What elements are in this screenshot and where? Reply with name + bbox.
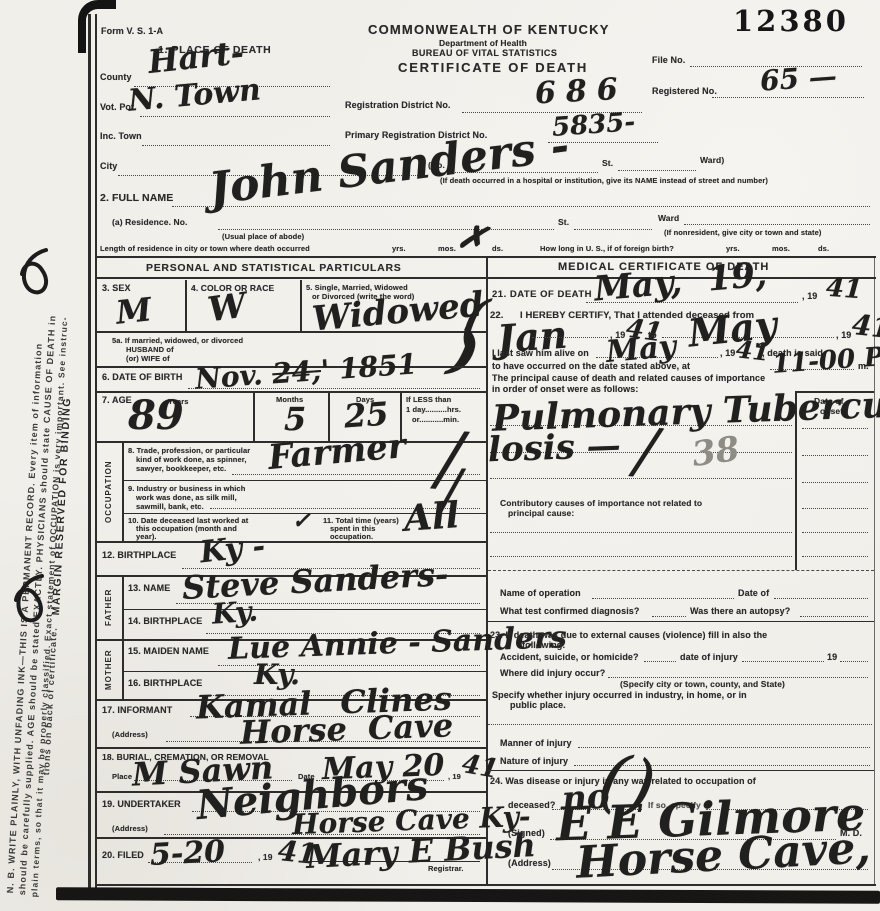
- q10-line3: year).: [136, 532, 157, 541]
- father-birthplace-label: 14. BIRTHPLACE: [128, 616, 202, 626]
- residence-ward-label: Ward: [658, 213, 679, 223]
- occurred-label: to have occurred on the date stated abov…: [492, 361, 690, 371]
- mos-label-1: mos.: [438, 244, 456, 253]
- year-printed-2: , 19: [836, 330, 851, 340]
- dotted-rule: [618, 170, 696, 171]
- dod-year-printed: , 19: [802, 291, 817, 301]
- contributory-line1: Contributory causes of importance not re…: [500, 498, 702, 508]
- residence-st-label: St.: [558, 217, 569, 227]
- dotted-rule: [592, 598, 734, 599]
- file-stamp-number: 12380: [733, 4, 849, 38]
- filed-label: 20. FILED: [102, 850, 144, 860]
- cause-of-death-line2: losis —: [487, 426, 621, 471]
- injury-date-label: date of injury: [680, 652, 738, 662]
- vertical-rule: [253, 391, 255, 441]
- registered-no-value: 65 —: [759, 59, 838, 97]
- precinct-value-handwriting: N. Town: [127, 72, 262, 118]
- dotted-rule: [140, 116, 330, 117]
- dotted-rule: [802, 455, 868, 456]
- whether-line2: public place.: [510, 700, 566, 710]
- binding-loop-mark-bottom: [10, 570, 50, 634]
- mos-label-2: mos.: [772, 244, 790, 253]
- q23-line1: 23. If death was due to external causes …: [490, 630, 767, 640]
- city-ward-label: Ward): [700, 155, 724, 165]
- undertaker-address-label: (Address): [112, 824, 148, 833]
- marital-label-1: 5. Single, Married, Widowed: [306, 283, 408, 292]
- residence-label: (a) Residence. No.: [112, 217, 188, 227]
- cause-faint-number: 38: [689, 429, 741, 475]
- ruled-line: [96, 541, 486, 543]
- file-no-label: File No.: [652, 55, 685, 65]
- q5a-line2: HUSBAND of: [126, 345, 174, 354]
- dotted-rule: [608, 677, 868, 678]
- age-years-value: 89: [128, 392, 184, 439]
- mother-birthplace-label: 16. BIRTHPLACE: [128, 678, 202, 688]
- dotted-rule: [490, 556, 792, 557]
- dotted-rule: [712, 97, 864, 98]
- age-less-line2: 1 day..........hrs.: [406, 405, 461, 414]
- q8-line3: sawyer, bookkeeper, etc.: [136, 464, 226, 473]
- vertical-rule: [122, 639, 124, 699]
- department-subtitle: Department of Health: [439, 38, 527, 48]
- inc-town-label: Inc. Town: [100, 131, 142, 141]
- test-label: What test confirmed diagnosis?: [500, 606, 640, 616]
- form-code: Form V. S. 1-A: [101, 26, 163, 36]
- death-certificate-scan: N. B. WRITE PLAINLY, WITH UNFADING INK—T…: [0, 0, 880, 911]
- informant-label: 17. INFORMANT: [102, 705, 172, 715]
- age-months-value: 5: [284, 400, 306, 438]
- registered-no-label: Registered No.: [652, 86, 717, 96]
- q8-line1: 8. Trade, profession, or particular: [128, 446, 250, 455]
- ruled-line: [122, 671, 486, 672]
- city-label: City: [100, 161, 117, 171]
- father-birthplace-value: Ky.: [211, 594, 259, 630]
- q9-line2: work was done, as silk mill,: [136, 493, 237, 502]
- last-saw-label: I last saw him alive on: [492, 348, 589, 358]
- length-residence-mark: ✗: [454, 215, 490, 260]
- ds-label-2: ds.: [818, 244, 829, 253]
- vertical-rule: [88, 14, 91, 896]
- dob-year: ' 1851: [320, 347, 418, 387]
- certificate-title: CERTIFICATE OF DEATH: [398, 60, 588, 75]
- mother-name-label: 15. MAIDEN NAME: [128, 646, 209, 656]
- dotted-rule: [142, 145, 330, 146]
- registrar-label: Registrar.: [428, 864, 464, 873]
- dotted-rule: [742, 661, 824, 662]
- ruled-line: [122, 609, 486, 610]
- dob-struck-day: 24,: [271, 354, 322, 390]
- dotted-rule: [802, 508, 868, 509]
- dob-label: 6. DATE OF BIRTH: [102, 372, 182, 382]
- whether-line1: Specify whether injury occurred in indus…: [492, 690, 747, 700]
- q10-check-mark: ✓: [292, 508, 310, 534]
- q9-line1: 9. Industry or business in which: [128, 484, 245, 493]
- vertical-rule: [95, 14, 97, 896]
- abode-note: (Usual place of abode): [222, 232, 304, 241]
- scan-bottom-bar: [56, 887, 880, 904]
- city-st-label: St.: [602, 158, 613, 168]
- q5a-line3: (or) WIFE of: [126, 354, 170, 363]
- dotted-rule: [652, 616, 686, 617]
- informant-address-value: Horse Cave: [239, 706, 453, 751]
- birthplace-label: 12. BIRTHPLACE: [102, 550, 176, 560]
- dotted-rule: [800, 616, 868, 617]
- element: [22, 250, 46, 292]
- q9-line3: sawmill, bank, etc.: [136, 502, 204, 511]
- sex-label: 3. SEX: [102, 283, 131, 293]
- personal-title: PERSONAL AND STATISTICAL PARTICULARS: [146, 262, 401, 274]
- q24-deceased-label: deceased?: [508, 800, 555, 810]
- race-value: W: [205, 286, 248, 331]
- principal-line1: The principal cause of death and related…: [492, 373, 765, 383]
- dotted-rule: [488, 724, 872, 725]
- operation-date-label: Date of: [738, 588, 769, 598]
- q5a-line1: 5a. If married, widowed, or divorced: [112, 336, 243, 345]
- q8-line2: kind of work done, as spinner,: [136, 455, 247, 464]
- dotted-rule: [802, 532, 868, 533]
- injury-year-printed: 19: [827, 652, 837, 662]
- dotted-rule: [802, 556, 868, 557]
- registration-district-value: 686: [534, 72, 628, 112]
- county-label: County: [100, 72, 132, 82]
- signed-label: (Signed): [508, 828, 545, 838]
- q11-value: All: [403, 494, 461, 540]
- vertical-rule: [122, 575, 124, 639]
- manner-of-injury-label: Manner of injury: [500, 738, 572, 748]
- ruled-line: [488, 621, 874, 622]
- filed-date-value: 5-20: [149, 834, 226, 873]
- informant-address-label: (Address): [112, 730, 148, 739]
- nature-of-injury-label: Nature of injury: [500, 756, 568, 766]
- commonwealth-title: COMMONWEALTH OF KENTUCKY: [368, 22, 610, 37]
- vertical-rule: [300, 280, 302, 331]
- how-long-label: How long in U. S., if of foreign birth?: [540, 244, 674, 253]
- element: [16, 576, 42, 620]
- dotted-rule: [684, 224, 870, 225]
- filed-year-printed: , 19: [258, 852, 273, 862]
- accident-label: Accident, suicide, or homicide?: [500, 652, 639, 662]
- certify-to-year: 41: [850, 308, 880, 345]
- dotted-rule: [574, 229, 652, 230]
- father-name-label: 13. NAME: [128, 583, 170, 593]
- operation-label: Name of operation: [500, 588, 581, 598]
- registration-district-label: Registration District No.: [345, 100, 451, 110]
- dod-year-value: 41: [825, 273, 863, 305]
- burial-place-label: Place: [112, 772, 132, 781]
- binding-loop-mark-top: [16, 246, 56, 308]
- dotted-rule: [490, 532, 792, 533]
- length-residence-label: Length of residence in city or town wher…: [100, 244, 310, 253]
- yrs-label-1: yrs.: [392, 244, 406, 253]
- yrs-label-2: yrs.: [726, 244, 740, 253]
- ruled-line: [122, 480, 486, 481]
- age-less-line1: If LESS than: [406, 395, 451, 404]
- sex-value: M: [114, 290, 153, 331]
- occupation-vertical-label: OCCUPATION: [104, 448, 113, 536]
- dotted-rule: [532, 337, 608, 338]
- dotted-rule: [840, 661, 868, 662]
- dotted-rule: [802, 482, 868, 483]
- mother-vertical-label: MOTHER: [104, 644, 113, 696]
- date-of-death-label: 21. DATE OF DEATH: [492, 289, 592, 300]
- nonresident-note: (If nonresident, give city or town and s…: [664, 228, 821, 237]
- dotted-rule: [218, 229, 554, 230]
- undertaker-label: 19. UNDERTAKER: [102, 799, 181, 809]
- vertical-rule: [185, 280, 187, 331]
- ruled-line: [488, 770, 874, 771]
- dotted-rule: [644, 661, 676, 662]
- bureau-subtitle: BUREAU OF VITAL STATISTICS: [412, 48, 557, 58]
- q11-line3: occupation.: [330, 532, 373, 541]
- vertical-rule: [122, 441, 124, 541]
- dashed-rule: [488, 570, 874, 571]
- contributory-line2: principal cause:: [508, 508, 574, 518]
- specify-city-note: (Specify city or town, county, and State…: [620, 679, 785, 689]
- autopsy-label: Was there an autopsy?: [690, 606, 790, 616]
- ds-label-1: ds.: [492, 244, 503, 253]
- address-label: (Address): [508, 858, 551, 868]
- ruled-line: [96, 331, 486, 333]
- full-name-label: 2. FULL NAME: [100, 192, 173, 204]
- father-vertical-label: FATHER: [104, 580, 113, 635]
- q23-line2: following:: [522, 640, 566, 650]
- dotted-rule: [774, 598, 868, 599]
- ruled-line: [96, 884, 876, 886]
- year-printed-3: , 19: [720, 348, 735, 358]
- where-injury-label: Where did injury occur?: [500, 668, 605, 678]
- m-label: m.: [858, 361, 869, 371]
